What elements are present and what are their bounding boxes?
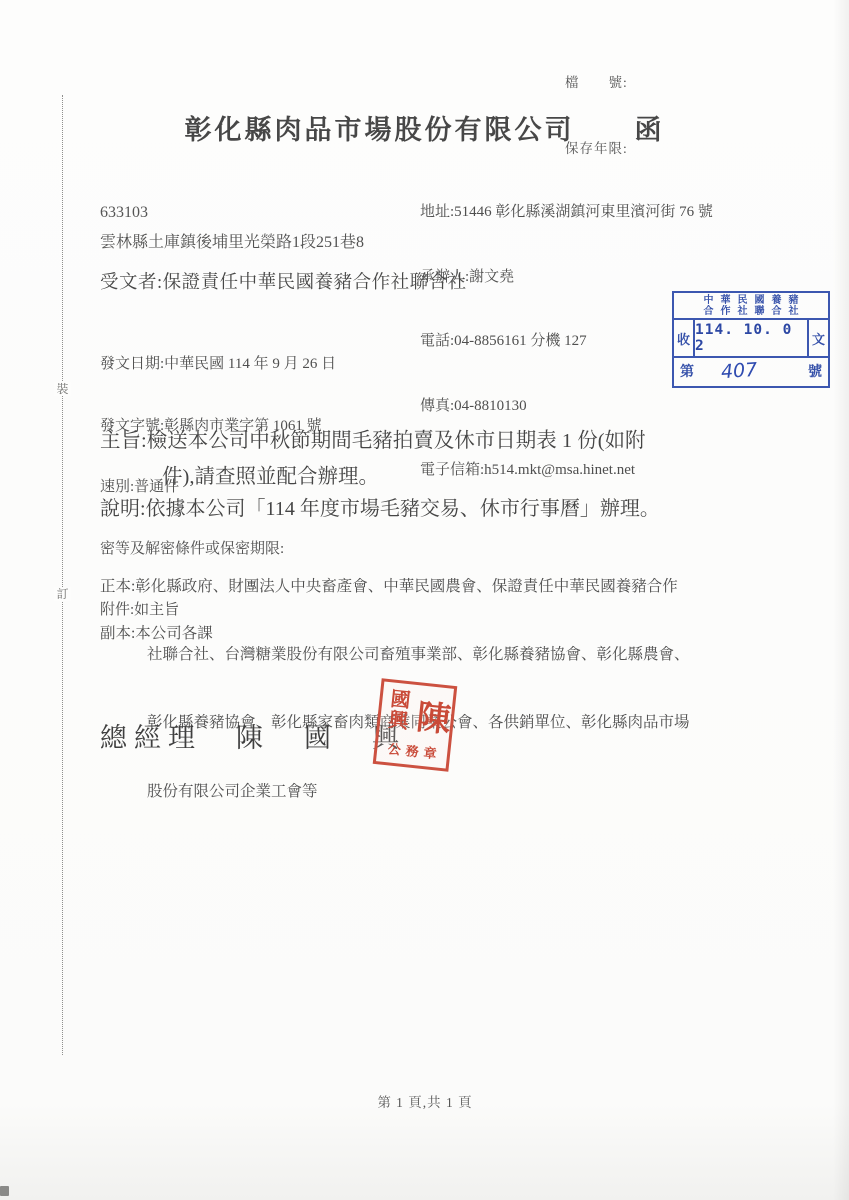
file-number-label: 檔 號: [565,72,628,94]
copy-recipients-line: 副本:本公司各課 [100,621,213,643]
sender-email: 電子信箱:h514.mkt@msa.hinet.net [420,460,713,482]
page-number-footer: 第 1 頁,共 1 頁 [340,1091,510,1111]
issue-date: 發文日期:中華民國 114 年 9 月 26 日 [100,354,336,375]
binding-mark-zhuang: 裝 [54,382,71,396]
sender-address: 地址:51446 彰化縣溪湖鎮河東里濱河街 76 號 [420,202,713,224]
received-stamp-right-char: 文 [807,320,828,356]
sender-fax: 傳真:04-8810130 [420,396,713,418]
seal-surname-char: 陳 [414,685,454,744]
subject-line-1: 主旨:檢送本公司中秋節期間毛豬拍賣及休市日期表 1 份(如附 [100,423,646,453]
received-stamp-org: 中華民國養豬 合作社聯合社 [674,293,828,320]
explanation-line: 說明:依據本公司「114 年度市場毛豬交易、休市行事曆」辦理。 [100,492,660,521]
received-stamp-no-suffix: 號 [808,361,822,381]
signature-line: 總經理 陳 國 興 [100,716,406,755]
received-stamp-no-value: 407 [720,358,758,382]
document-title: 彰化縣肉品市場股份有限公司 函 [0,108,849,147]
received-stamp-left-char: 收 [674,320,695,356]
original-line: 正本:彰化縣政府、財團法人中央畜產會、中華民國農會、保證責任中華民國養豬合作 [100,576,690,599]
seal-main-area: 國 興 陳 [379,682,454,745]
received-stamp: 中華民國養豬 合作社聯合社 收 114. 10. 0 2 文 第 407 號 [672,291,830,388]
personal-seal-stamp: 國 興 陳 公務章 [373,678,458,771]
received-stamp-org-line1: 中華民國養豬 [674,295,828,306]
recipient-postal-code: 633103 [100,204,148,222]
seal-char: 興 [387,710,409,733]
binding-mark-ding: 訂 [54,587,71,601]
received-stamp-no-prefix: 第 [680,361,694,381]
binding-dotted-line [62,95,63,1055]
scanned-official-letter: 檔 號: 保存年限: 彰化縣肉品市場股份有限公司 函 地址:51446 彰化縣溪… [0,0,849,1200]
scan-corner-artifact [0,1186,9,1196]
original-line: 社聯合社、台灣糖業股份有限公司畜殖事業部、彰化縣養豬協會、彰化縣農會、 [100,644,690,667]
received-stamp-org-line2: 合作社聯合社 [674,306,828,317]
received-stamp-number-row: 第 407 號 [674,358,828,383]
received-stamp-date: 114. 10. 0 2 [695,320,807,356]
sender-contact-block: 地址:51446 彰化縣溪湖鎮河東里濱河街 76 號 承辦人:謝文堯 電話:04… [420,159,713,525]
recipient-mailing-address: 雲林縣土庫鎮後埔里光榮路1段251巷8 [100,229,364,252]
subject-line-2: 件),請查照並配合辦理。 [162,459,379,489]
received-stamp-date-row: 收 114. 10. 0 2 文 [674,320,828,358]
seal-left-column: 國 興 [379,682,421,741]
recipient-line: 受文者:保證責任中華民國養豬合作社聯合社 [100,268,467,294]
sender-phone: 電話:04-8856161 分機 127 [420,331,713,353]
original-line: 股份有限公司企業工會等 [100,781,690,804]
